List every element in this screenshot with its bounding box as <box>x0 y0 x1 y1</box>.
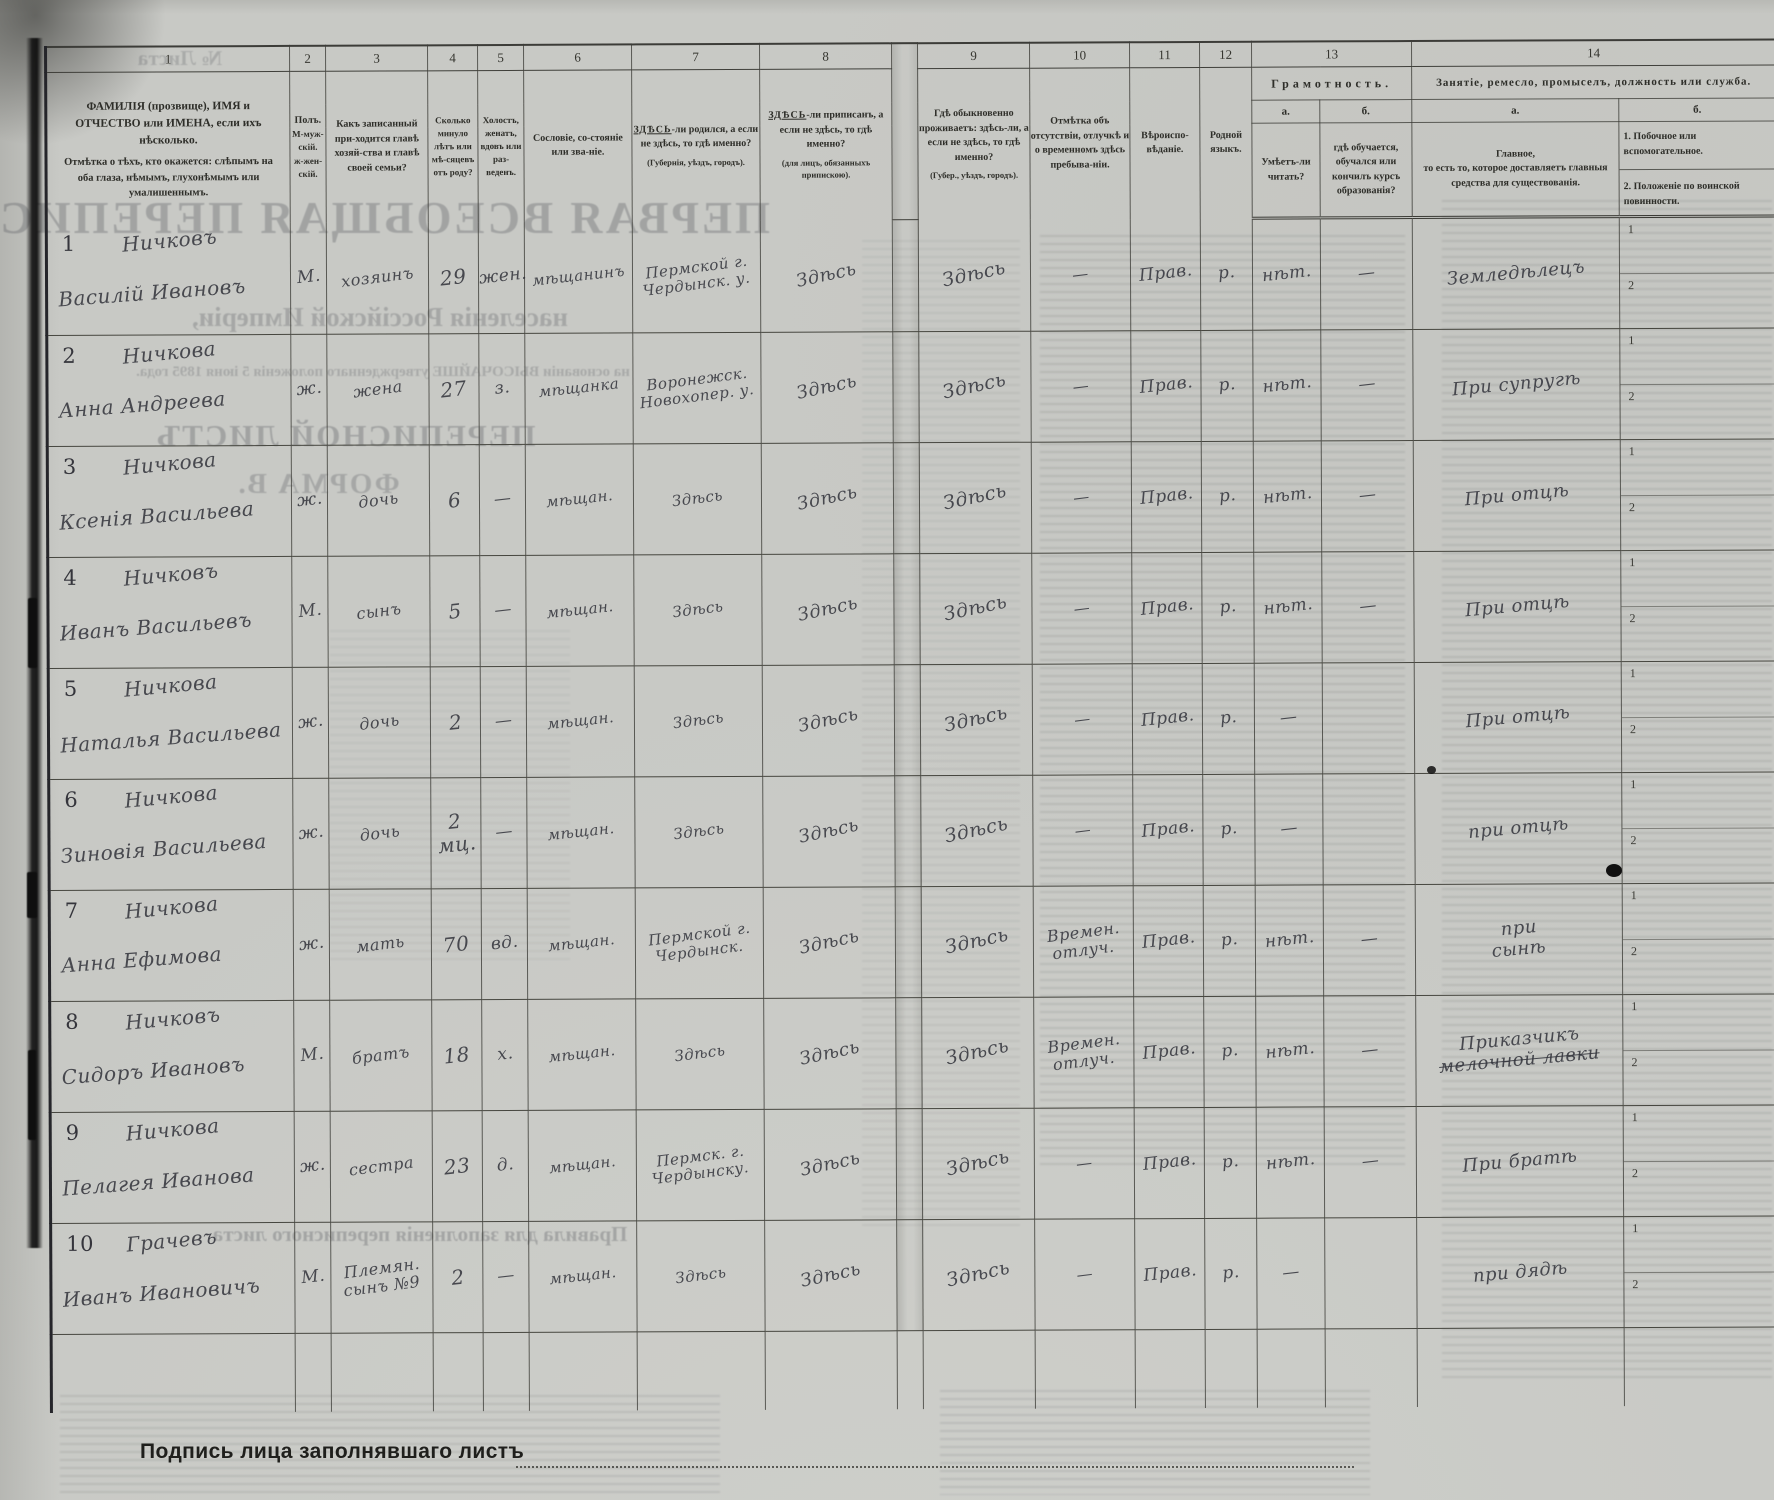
page-seam <box>896 1109 922 1220</box>
given-name: Сидоръ Ивановъ <box>61 1053 246 1090</box>
education-cell <box>1325 1218 1417 1329</box>
age-cell: 2 <box>430 667 480 778</box>
residence-cell: Здѣсь <box>922 997 1034 1108</box>
religion-cell: Прав. <box>1131 330 1201 441</box>
occupation-side-cell: 1 2 <box>1620 328 1774 440</box>
census-row: 3 Ничкова Ксенія Васильева ж. дочь 6 — м… <box>47 439 1774 558</box>
entry-line: При отцѣ <box>1413 476 1620 515</box>
residence-cell: Здѣсь <box>920 553 1032 664</box>
surname: Ничкова <box>123 670 219 701</box>
occupation-cell: Приказчикъмелочной лавки <box>1416 995 1623 1107</box>
age-cell: 2 <box>433 1222 483 1333</box>
occupation-cell: присынѣ <box>1415 884 1622 996</box>
entry-line: — <box>1034 1148 1135 1179</box>
estate-cell: мѣщанинъ <box>524 221 632 333</box>
header-name-note: Отмѣтка о тѣхъ, кто окажется: слѣпымъ на… <box>57 154 279 201</box>
col-number-9: 9 <box>917 43 1029 69</box>
education-cell: — <box>1320 218 1412 330</box>
header-main-occupation: Главное, то есть то, которое доставляетъ… <box>1412 122 1619 218</box>
row-number: 5 <box>64 677 78 701</box>
absence-cell: — <box>1031 442 1131 553</box>
row-number: 3 <box>63 455 77 479</box>
occupation-cell: Земледѣлецъ <box>1412 217 1619 330</box>
absence-cell: — <box>1032 553 1132 664</box>
registration-cell: Здѣсь <box>761 443 893 555</box>
language-cell: р. <box>1202 552 1254 663</box>
header-literacy-group: Грамотность. <box>1252 67 1412 101</box>
literacy-cell: нѣт. <box>1253 441 1321 552</box>
ink-blot <box>1427 766 1436 774</box>
education-cell: — <box>1321 441 1413 552</box>
literacy-cell: нѣт. <box>1256 1107 1324 1218</box>
occupation-side-cell: 1 2 <box>1623 1105 1774 1217</box>
surname: Ничкова <box>122 448 218 479</box>
col-number-2: 2 <box>290 46 326 72</box>
subrow-label: 1 <box>1622 662 1636 681</box>
residence-cell: Здѣсь <box>919 331 1031 442</box>
language-cell: р. <box>1205 1218 1257 1329</box>
header-marital: Холостъ, женатъ, вдовъ или раз-веденъ. <box>478 70 525 221</box>
residence-cell: Здѣсь <box>919 442 1031 553</box>
subrow-label: 1 <box>1622 773 1636 792</box>
person-cell: 1 Ничковъ Василій Ивановъ <box>46 222 290 335</box>
entry-line: жена <box>327 374 430 405</box>
occupation-side-cell: 1 2 <box>1624 1216 1774 1328</box>
header-religion: Вѣроиспо-вѣданіе. <box>1130 67 1201 218</box>
occupation-side-cell: 1 2 <box>1619 216 1774 329</box>
sex-cell: ж. <box>291 445 327 556</box>
literacy-cell: — <box>1257 1218 1325 1329</box>
occupation-cell: при дядѣ <box>1417 1217 1624 1329</box>
absence-cell: — <box>1032 664 1132 775</box>
marital-cell: вд. <box>481 888 527 999</box>
literacy-cell: — <box>1254 663 1322 774</box>
census-table: 1 2 3 4 5 6 7 8 9 10 11 12 13 14 ФАМИЛІЯ… <box>44 38 1774 1413</box>
age-cell: 6 <box>429 445 479 556</box>
empty-row <box>51 1327 1774 1413</box>
sex-cell: ж. <box>294 1111 330 1222</box>
birthplace-cell: Здѣсь <box>637 1220 765 1332</box>
age-cell: 27 <box>429 334 479 445</box>
language-cell: р. <box>1201 441 1253 552</box>
subrow-label: 1 <box>1624 1217 1638 1236</box>
given-name: Наталья Васильева <box>59 718 282 757</box>
estate-cell: мѣщан. <box>527 888 635 999</box>
marital-cell: з. <box>479 333 525 444</box>
estate-cell: мѣщан. <box>526 666 634 777</box>
header-can-read: Умѣетъ-ли читать? <box>1252 123 1320 218</box>
entry-line: При отцѣ <box>1414 698 1621 737</box>
scanned-census-sheet: { "subrow_labels": ["1", "2"], "header":… <box>0 0 1774 1500</box>
registration-cell: Здѣсь <box>762 665 894 777</box>
entry-line: — <box>1032 704 1133 735</box>
age-cell: 2 мц. <box>431 778 481 889</box>
literacy-b-letter: б. <box>1320 100 1412 123</box>
table-body: 1 Ничковъ Василій Ивановъ М. хозяинъ 29 … <box>46 216 1774 1413</box>
absence-cell: Времен.отлуч. <box>1034 997 1134 1108</box>
page-seam <box>897 1220 923 1331</box>
occupation-side-cell: 1 2 <box>1620 439 1774 551</box>
given-name: Зиновія Васильева <box>60 830 268 868</box>
age-cell: 5 <box>430 556 480 667</box>
residence-cell: Здѣсь <box>923 1219 1035 1330</box>
registration-cell: Здѣсь <box>765 1220 897 1332</box>
literacy-cell: нѣт. <box>1253 330 1321 441</box>
religion-cell: Прав. <box>1132 663 1202 774</box>
person-cell: 8 Ничковъ Сидоръ Ивановъ <box>50 1000 294 1112</box>
header-estate: Сословіе, со-стояніе или зва-ніе. <box>524 70 633 221</box>
residence-cell: Здѣсь <box>918 219 1030 331</box>
entry-line: дочь <box>329 818 432 849</box>
binding-mark <box>27 872 37 918</box>
religion-cell: Прав. <box>1134 996 1204 1107</box>
col-number-12: 12 <box>1199 42 1251 68</box>
literacy-cell: нѣт. <box>1254 552 1322 663</box>
header-birthplace: ЗДѢСЬ-ли родился, а если не здѣсь, то гд… <box>632 69 761 221</box>
marital-cell: жен. <box>478 221 524 333</box>
census-row: 6 Ничкова Зиновія Васильева ж. дочь 2 мц… <box>49 772 1774 891</box>
col-number-13: 13 <box>1251 41 1411 67</box>
occupation-cell: При отцѣ <box>1414 662 1621 774</box>
page-seam <box>895 776 921 887</box>
sex-cell: ж. <box>292 667 328 778</box>
religion-cell: Прав. <box>1132 552 1202 663</box>
person-cell: 7 Ничкова Анна Ефимова <box>49 889 293 1001</box>
census-row: 8 Ничковъ Сидоръ Ивановъ М. братъ 18 х. … <box>50 994 1774 1113</box>
entry-line: хозяинъ <box>326 262 429 293</box>
subrow-label: 1 <box>1621 551 1635 570</box>
occupation-side-cell: 1 2 <box>1623 994 1774 1106</box>
language-cell: р. <box>1203 774 1255 885</box>
row-number: 8 <box>65 1010 79 1034</box>
header-secondary-occupation: 1. Побочное или вспомогательное. 2. Поло… <box>1619 121 1774 217</box>
occupation-b-letter: б. <box>1619 98 1774 122</box>
occupation-side-cell: 1 2 <box>1622 772 1774 884</box>
occupation-side-cell: 1 2 <box>1621 550 1774 662</box>
literacy-cell: нѣт. <box>1252 218 1320 330</box>
col-number-1: 1 <box>46 46 290 73</box>
entry-line: при дядѣ <box>1417 1253 1624 1292</box>
given-name: Иванъ Васильевъ <box>59 608 253 645</box>
entry-line: При отцѣ <box>1414 587 1621 626</box>
person-cell: 2 Ничкова Анна Андреева <box>47 334 291 446</box>
page-seam <box>893 332 919 443</box>
entry-line: — <box>1031 371 1132 402</box>
estate-cell: мѣщан. <box>529 1221 637 1332</box>
estate-cell: мѣщан. <box>528 999 636 1110</box>
religion-cell: Прав. <box>1135 1218 1205 1329</box>
col-number-10: 10 <box>1029 42 1129 68</box>
religion-cell: Прав. <box>1133 774 1203 885</box>
literacy-cell: — <box>1255 774 1323 885</box>
marital-cell: х. <box>482 999 528 1110</box>
entry-line: Здѣсь <box>634 705 762 738</box>
given-name: Анна Андреева <box>58 387 227 422</box>
census-row: 2 Ничкова Анна Андреева ж. жена 27 з. мѣ… <box>47 328 1774 447</box>
surname: Ничкова <box>121 337 217 368</box>
person-cell: 9 Ничкова Пелагея Иванова <box>50 1111 294 1223</box>
age-cell: 70 <box>431 889 481 1000</box>
row-number: 9 <box>66 1121 80 1145</box>
language-cell: р. <box>1204 996 1256 1107</box>
entry-line: — <box>1030 259 1131 290</box>
sex-cell: М. <box>290 222 326 334</box>
registration-cell: Здѣсь <box>762 554 894 666</box>
header-name-label: ФАМИЛІЯ (прозвище), ИМЯ и ОТЧЕСТВО или И… <box>53 98 283 149</box>
col-number-4: 4 <box>428 45 478 71</box>
registration-cell: Здѣсь <box>761 332 893 444</box>
surname: Ничковъ <box>122 559 219 591</box>
row-number: 7 <box>65 899 79 923</box>
entry-line: Здѣсь <box>637 1260 765 1293</box>
age-cell: 29 <box>428 222 478 334</box>
entry-line: — <box>1035 1259 1136 1290</box>
entry-line: При братѣ <box>1416 1142 1623 1181</box>
occupation-a-letter: а. <box>1412 99 1619 123</box>
subrow-label: 2 <box>1620 385 1634 404</box>
subrow-label: 2 <box>1624 1162 1638 1181</box>
literacy-cell: нѣт. <box>1256 996 1324 1107</box>
birthplace-cell: Пермск. г.Чердынску. <box>636 1109 764 1221</box>
subrow-label: 1 <box>1623 884 1637 903</box>
header-occupation-group: Занятіе, ремесло, промыселъ, должность и… <box>1412 65 1774 100</box>
absence-cell: — <box>1031 331 1131 442</box>
subrow-label: 2 <box>1622 829 1636 848</box>
language-cell: р. <box>1204 1107 1256 1218</box>
header-relation: Какъ записанный при-ходится главѣ хозяй-… <box>326 71 429 222</box>
birthplace-cell: Здѣсь <box>635 776 763 888</box>
literacy-cell: нѣт. <box>1255 885 1323 996</box>
education-cell: — <box>1324 996 1416 1107</box>
subrow-label: 2 <box>1621 607 1635 626</box>
birthplace-cell: Здѣсь <box>633 443 761 555</box>
entry-line: сынъ <box>328 596 431 627</box>
page-seam <box>896 998 922 1109</box>
education-cell <box>1323 774 1415 885</box>
occupation-side-cell: 1 2 <box>1621 661 1774 773</box>
col-number-6: 6 <box>523 44 631 70</box>
row-number: 2 <box>62 344 76 368</box>
occupation-side-cell: 1 2 <box>1622 883 1774 995</box>
language-cell: р. <box>1202 663 1254 774</box>
subrow-label: 1 <box>1621 440 1635 459</box>
residence-cell: Здѣсь <box>920 664 1032 775</box>
person-cell: 4 Ничковъ Иванъ Васильевъ <box>48 556 292 668</box>
birthplace-cell: Здѣсь <box>634 665 762 777</box>
header-registration: ЗДѢСЬ-ли приписанъ, а если не здѣсь, то … <box>760 69 893 221</box>
entry-line: Здѣсь <box>634 594 762 627</box>
person-cell: 10 Грачевъ Иванъ Ивановичъ <box>51 1222 295 1334</box>
col-number-3: 3 <box>326 45 428 71</box>
relation-cell: сестра <box>330 1111 432 1222</box>
entry-line: — <box>1032 593 1133 624</box>
entry-line: дочь <box>327 485 430 516</box>
census-row: 4 Ничковъ Иванъ Васильевъ М. сынъ 5 — мѣ… <box>48 550 1774 669</box>
marital-cell: — <box>479 444 525 555</box>
birthplace-cell: Здѣсь <box>634 554 762 666</box>
education-cell: — <box>1324 1107 1416 1218</box>
census-row: 1 Ничковъ Василій Ивановъ М. хозяинъ 29 … <box>46 216 1774 336</box>
relation-cell: жена <box>327 334 429 445</box>
sex-cell: М. <box>294 1000 330 1111</box>
registration-cell: Здѣсь <box>764 1109 896 1221</box>
row-number: 6 <box>64 788 78 812</box>
education-cell: — <box>1322 552 1414 663</box>
residence-cell: Здѣсь <box>921 775 1033 886</box>
language-cell: р. <box>1200 218 1252 330</box>
page-seam <box>893 443 919 554</box>
subrow-label: 2 <box>1621 496 1635 515</box>
surname: Ничкова <box>125 1114 221 1145</box>
header-education: гдѣ обучается, обучался или кончилъ курс… <box>1320 123 1412 218</box>
registration-cell: Здѣсь <box>760 220 892 333</box>
subrow-label: 1 <box>1624 1106 1638 1125</box>
subrow-label: 2 <box>1620 274 1634 293</box>
row-number: 10 <box>66 1232 94 1256</box>
surname: Ничковъ <box>121 225 218 257</box>
relation-cell: дочь <box>328 667 430 778</box>
subrow-label: 2 <box>1623 1051 1637 1070</box>
entry-line: — <box>1031 482 1132 513</box>
col-number-8: 8 <box>759 43 891 69</box>
entry-line: Здѣсь <box>636 1038 764 1071</box>
occupation-cell: При братѣ <box>1416 1106 1623 1218</box>
sex-cell: М. <box>295 1222 331 1333</box>
subrow-label: 2 <box>1622 718 1636 737</box>
entry-line: — <box>1033 815 1134 846</box>
absence-cell: — <box>1035 1219 1135 1330</box>
estate-cell: мѣщанка <box>525 333 633 444</box>
page-seam <box>894 665 920 776</box>
entry-line: сестра <box>330 1151 433 1182</box>
entry-line: Здѣсь <box>633 483 761 516</box>
signature-label: Подпись лица заполнявшаго листъ <box>140 1440 524 1464</box>
entry-line: Здѣсь <box>635 816 763 849</box>
subrow-label: 2 <box>1623 940 1637 959</box>
surname: Ничкова <box>124 892 220 923</box>
sex-cell: М. <box>292 556 328 667</box>
binding-mark <box>28 1050 36 1140</box>
marital-cell: д. <box>482 1110 528 1221</box>
header-absence: Отмѣтка объ отсутствіи, отлучкѣ и о врем… <box>1030 68 1131 219</box>
birthplace-cell: Воронежск.Новохопер. у. <box>633 332 761 444</box>
entry-line: мать <box>329 929 432 960</box>
header-name-column: ФАМИЛІЯ (прозвище), ИМЯ и ОТЧЕСТВО или И… <box>46 71 291 223</box>
absence-cell: — <box>1034 1108 1134 1219</box>
signature-line <box>516 1466 1354 1468</box>
page-seam <box>894 554 920 665</box>
residence-cell: Здѣсь <box>921 886 1033 997</box>
census-row: 5 Ничкова Наталья Васильева ж. дочь 2 — … <box>48 661 1774 780</box>
given-name: Иванъ Ивановичъ <box>62 1274 261 1312</box>
religion-cell: Прав. <box>1133 885 1203 996</box>
occupation-cell: При супругѣ <box>1413 329 1620 441</box>
binding-mark <box>28 598 37 668</box>
relation-cell: Племян.сынъ №9 <box>331 1222 433 1333</box>
literacy-a-letter: а. <box>1252 100 1320 123</box>
sex-cell: ж. <box>291 334 327 445</box>
birthplace-cell: Здѣсь <box>636 998 764 1110</box>
relation-cell: дочь <box>327 445 429 556</box>
language-cell: р. <box>1203 885 1255 996</box>
census-row: 9 Ничкова Пелагея Иванова ж. сестра 23 д… <box>50 1105 1774 1224</box>
religion-cell: Прав. <box>1131 441 1201 552</box>
occupation-cell: При отцѣ <box>1413 440 1620 552</box>
entry-line: при отцѣ <box>1415 809 1622 848</box>
religion-cell: Прав. <box>1134 1107 1204 1218</box>
language-cell: р. <box>1201 330 1253 441</box>
header-residence: Гдѣ обыкновенно проживаетъ: здѣсь-ли, а … <box>918 68 1031 219</box>
header-sex: Полъ. М-муж-скій. ж-жен-скій. <box>290 71 327 222</box>
page-seam <box>892 220 918 332</box>
marital-cell: — <box>480 555 526 666</box>
entry-line: Земледѣлецъ <box>1412 254 1619 293</box>
absence-cell: — <box>1033 775 1133 886</box>
entry-line: братъ <box>330 1040 433 1071</box>
registration-cell: Здѣсь <box>763 776 895 888</box>
sex-cell: ж. <box>293 889 329 1000</box>
occupation-cell: при отцѣ <box>1415 773 1622 885</box>
education-cell: — <box>1323 885 1415 996</box>
given-name: Пелагея Иванова <box>61 1163 255 1200</box>
person-cell: 6 Ничкова Зиновія Васильева <box>49 778 293 890</box>
given-name: Анна Ефимова <box>60 943 222 978</box>
subrow-label: 1 <box>1623 995 1637 1014</box>
birthplace-cell: Пермской г.Чердынск. <box>635 887 763 999</box>
entry-line: При супругѣ <box>1413 365 1620 404</box>
surname: Ничкова <box>123 781 219 812</box>
registration-cell: Здѣсь <box>763 887 895 999</box>
surname: Грачевъ <box>125 1225 217 1256</box>
row-number: 1 <box>62 231 76 255</box>
registration-cell: Здѣсь <box>764 998 896 1110</box>
page-seam <box>891 43 918 220</box>
given-name: Василій Ивановъ <box>57 274 246 311</box>
religion-cell: Прав. <box>1130 218 1200 330</box>
relation-cell: дочь <box>329 778 431 889</box>
surname: Ничковъ <box>124 1003 221 1035</box>
residence-cell: Здѣсь <box>922 1108 1034 1219</box>
estate-cell: мѣщан. <box>525 444 633 555</box>
education-cell: — <box>1321 330 1413 441</box>
page-seam <box>895 887 921 998</box>
relation-cell: хозяинъ <box>326 222 428 334</box>
given-name: Ксенія Васильева <box>58 497 255 534</box>
absence-cell: — <box>1030 219 1130 331</box>
census-row: 7 Ничкова Анна Ефимова ж. мать 70 вд. мѣ… <box>49 883 1774 1002</box>
subrow-label: 2 <box>1624 1273 1638 1292</box>
marital-cell: — <box>483 1221 529 1332</box>
relation-cell: братъ <box>330 1000 432 1111</box>
person-cell: 3 Ничкова Ксенія Васильева <box>47 445 291 557</box>
estate-cell: мѣщан. <box>527 777 635 888</box>
age-cell: 18 <box>432 1000 482 1111</box>
relation-cell: мать <box>329 889 431 1000</box>
subrow-label: 1 <box>1620 218 1634 237</box>
estate-cell: мѣщан. <box>526 555 634 666</box>
absence-cell: Времен.отлуч. <box>1033 886 1133 997</box>
estate-cell: мѣщан. <box>528 1110 636 1221</box>
ink-blot <box>1606 864 1622 877</box>
row-number: 4 <box>63 566 77 590</box>
header-age: Сколько минуло лѣтъ или мѣ-сяцевъ отъ ро… <box>428 71 479 222</box>
person-cell: 5 Ничкова Наталья Васильева <box>48 667 292 779</box>
age-cell: 23 <box>432 1111 482 1222</box>
header-language: Родной языкъ. <box>1200 67 1253 218</box>
marital-cell: — <box>481 777 527 888</box>
census-row: 10 Грачевъ Иванъ Ивановичъ М. Племян.сын… <box>51 1216 1774 1335</box>
col-number-7: 7 <box>631 44 759 70</box>
